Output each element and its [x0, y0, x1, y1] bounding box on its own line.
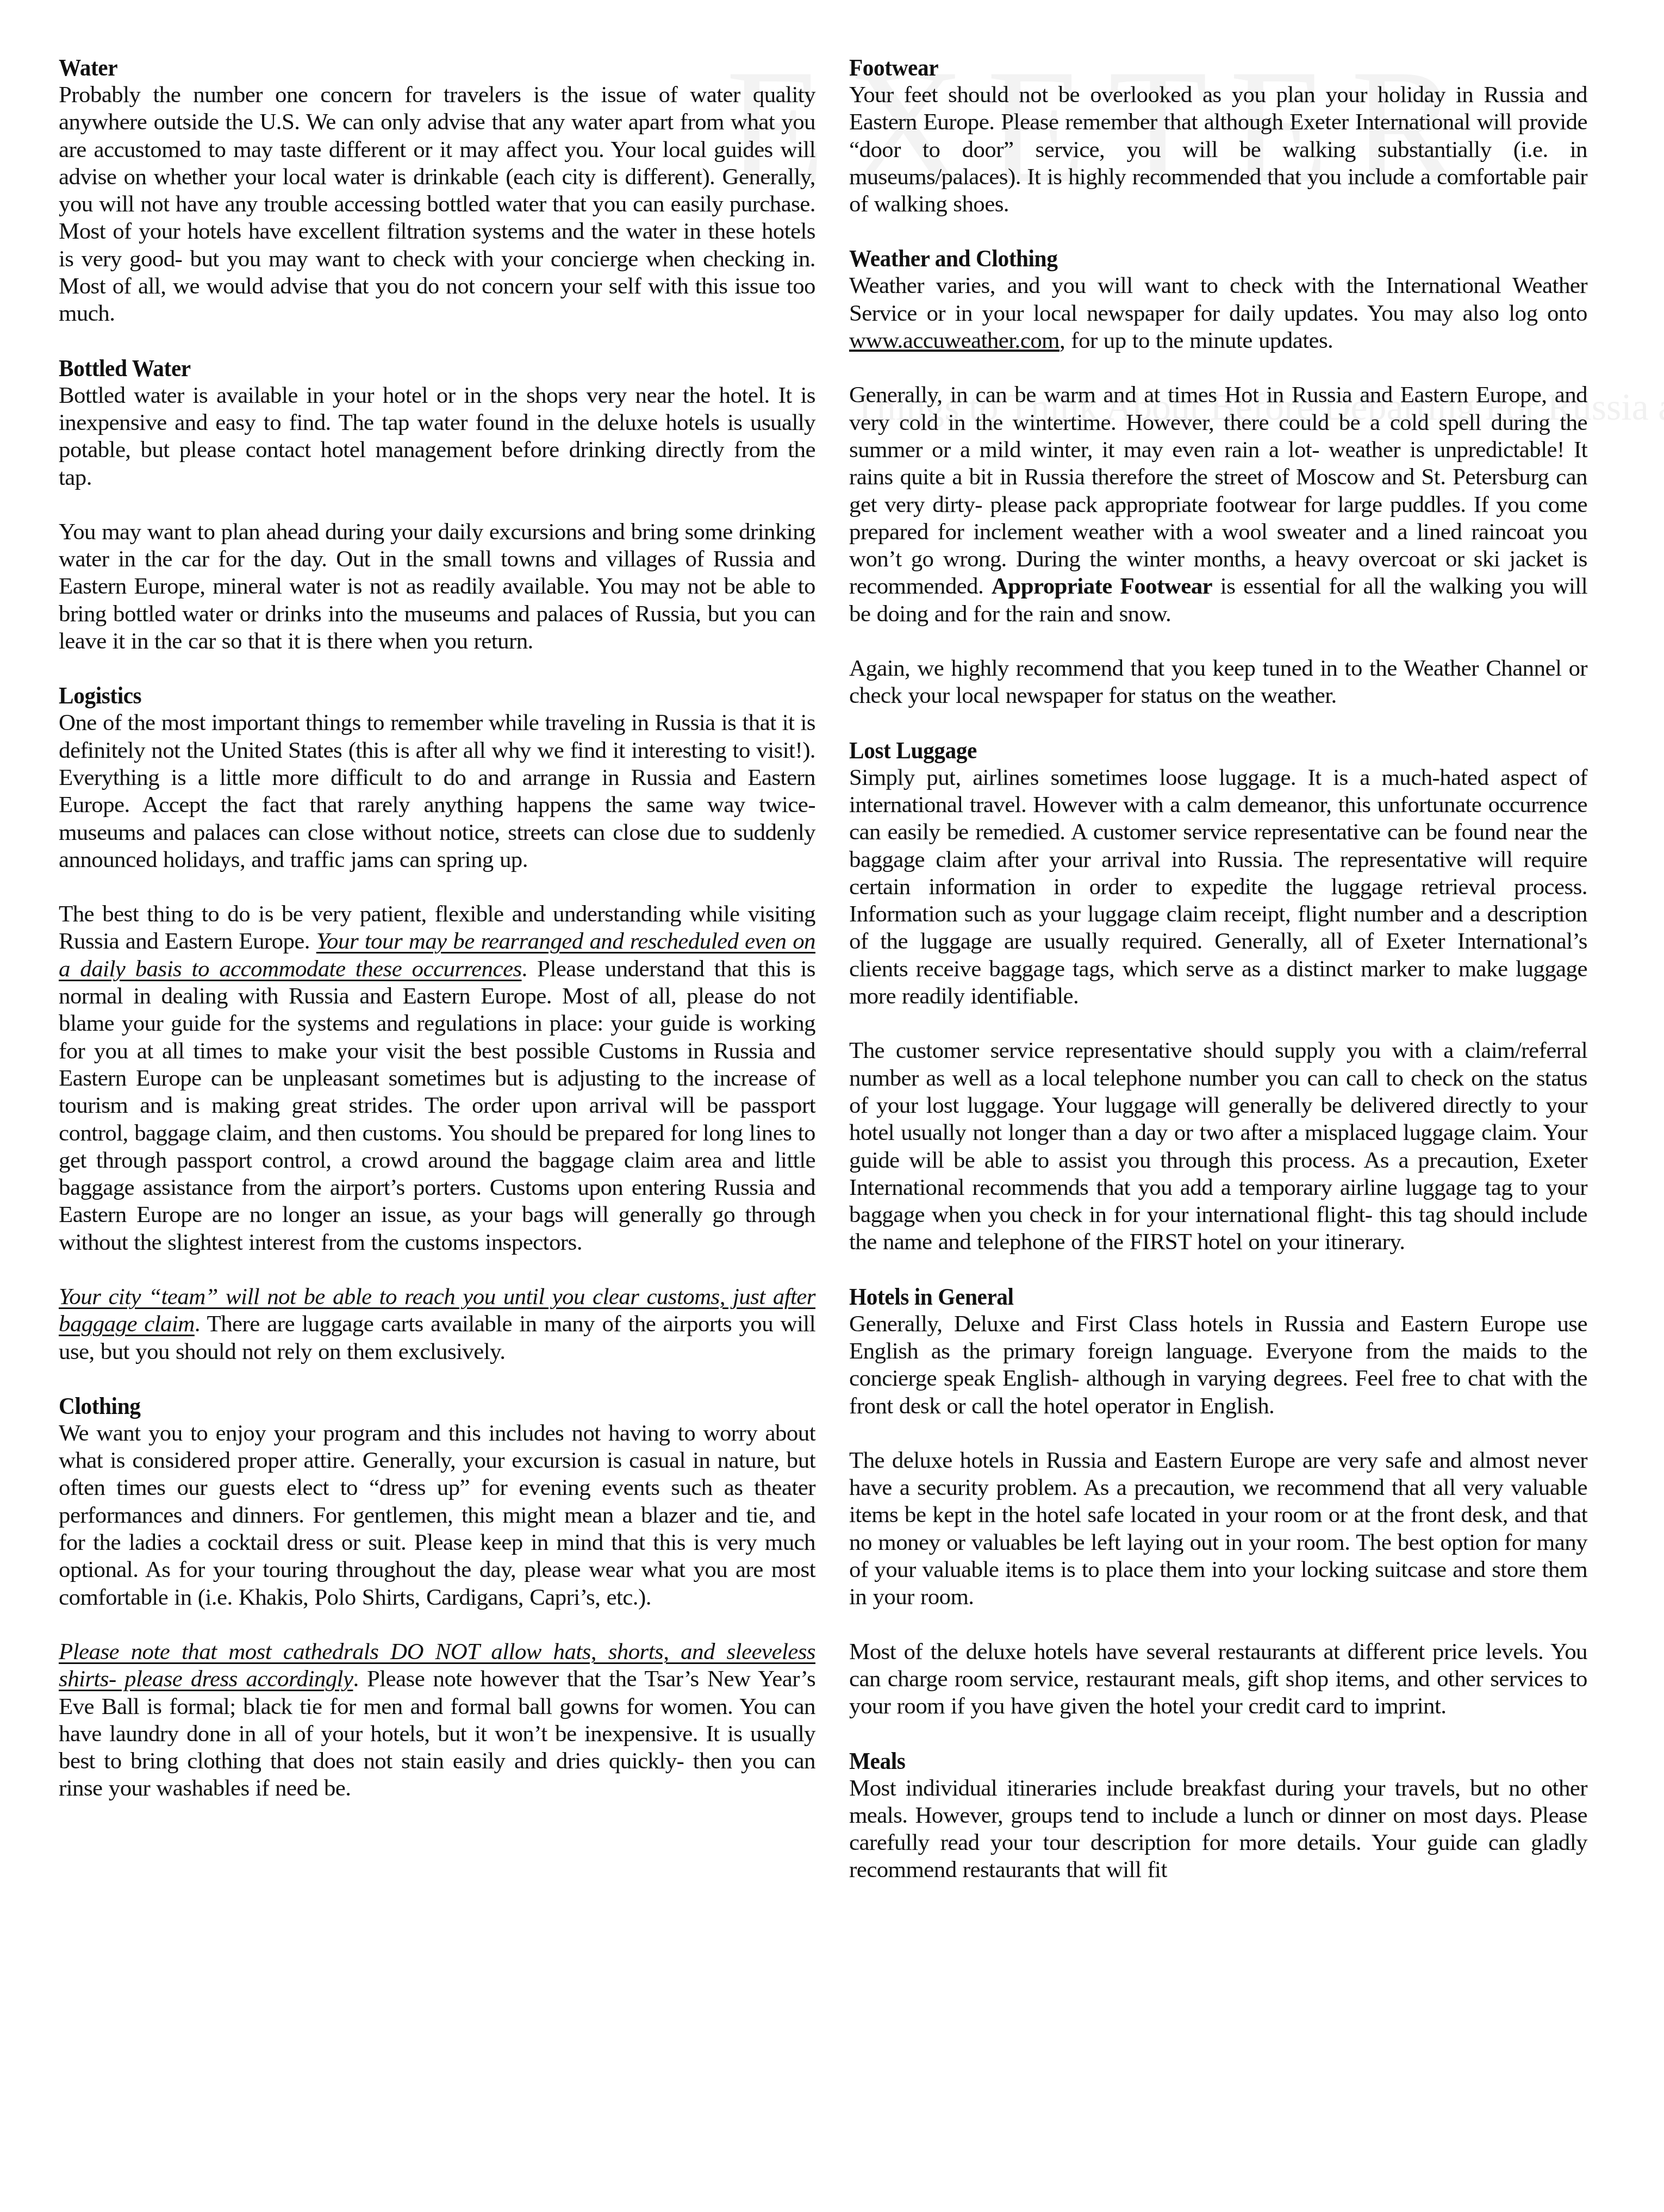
paragraph: Again, we highly recommend that you keep…: [849, 655, 1587, 710]
paragraph: Generally, Deluxe and First Class hotels…: [849, 1311, 1587, 1420]
section-weather-and-clothing: Weather and Clothing Weather varies, and…: [849, 244, 1587, 709]
paragraph: You may want to plan ahead during your d…: [59, 519, 815, 655]
section-footwear: Footwear Your feet should not be overloo…: [849, 53, 1587, 218]
section-heading: Logistics: [59, 681, 755, 709]
paragraph: The best thing to do is be very patient,…: [59, 901, 815, 1256]
bold-phrase: Appropriate Footwear: [992, 574, 1212, 599]
paragraph: Weather varies, and you will want to che…: [849, 272, 1587, 354]
section-heading: Lost Luggage: [849, 736, 1528, 764]
left-column: Water Probably the number one concern fo…: [59, 53, 815, 1829]
paragraph: One of the most important things to reme…: [59, 709, 815, 874]
paragraph: The deluxe hotels in Russia and Eastern …: [849, 1447, 1587, 1611]
paragraph: Simply put, airlines sometimes loose lug…: [849, 764, 1587, 1011]
paragraph: Probably the number one concern for trav…: [59, 82, 815, 328]
paragraph: We want you to enjoy your program and th…: [59, 1420, 815, 1611]
section-heading: Weather and Clothing: [849, 244, 1528, 272]
section-heading: Bottled Water: [59, 354, 755, 382]
accuweather-link[interactable]: www.accuweather.com: [849, 328, 1060, 353]
paragraph: Most individual itineraries include brea…: [849, 1775, 1587, 1884]
paragraph: Please note that most cathedrals DO NOT …: [59, 1638, 815, 1803]
paragraph-text: , for up to the minute updates.: [1060, 328, 1333, 353]
section-heading: Hotels in General: [849, 1282, 1528, 1311]
right-column: Footwear Your feet should not be overloo…: [849, 53, 1587, 1910]
section-heading: Clothing: [59, 1392, 755, 1420]
paragraph-text: Weather varies, and you will want to che…: [849, 273, 1587, 326]
section-lost-luggage: Lost Luggage Simply put, airlines someti…: [849, 736, 1587, 1256]
paragraph: The customer service representative shou…: [849, 1037, 1587, 1256]
section-clothing: Clothing We want you to enjoy your progr…: [59, 1392, 815, 1803]
section-heading: Footwear: [849, 53, 1528, 82]
paragraph-text: Generally, in can be warm and at times H…: [849, 382, 1587, 599]
paragraph: Most of the deluxe hotels have several r…: [849, 1638, 1587, 1721]
paragraph: Your feet should not be overlooked as yo…: [849, 82, 1587, 218]
paragraph: Bottled water is available in your hotel…: [59, 382, 815, 491]
section-bottled-water: Bottled Water Bottled water is available…: [59, 354, 815, 656]
section-hotels-in-general: Hotels in General Generally, Deluxe and …: [849, 1282, 1587, 1721]
paragraph: Generally, in can be warm and at times H…: [849, 382, 1587, 628]
section-water: Water Probably the number one concern fo…: [59, 53, 815, 328]
section-meals: Meals Most individual itineraries includ…: [849, 1747, 1587, 1884]
paragraph: Your city “team” will not be able to rea…: [59, 1283, 815, 1366]
section-logistics: Logistics One of the most important thin…: [59, 681, 815, 1366]
section-heading: Meals: [849, 1747, 1528, 1775]
paragraph-text: . Please understand that this is normal …: [59, 956, 815, 1255]
section-heading: Water: [59, 53, 755, 82]
